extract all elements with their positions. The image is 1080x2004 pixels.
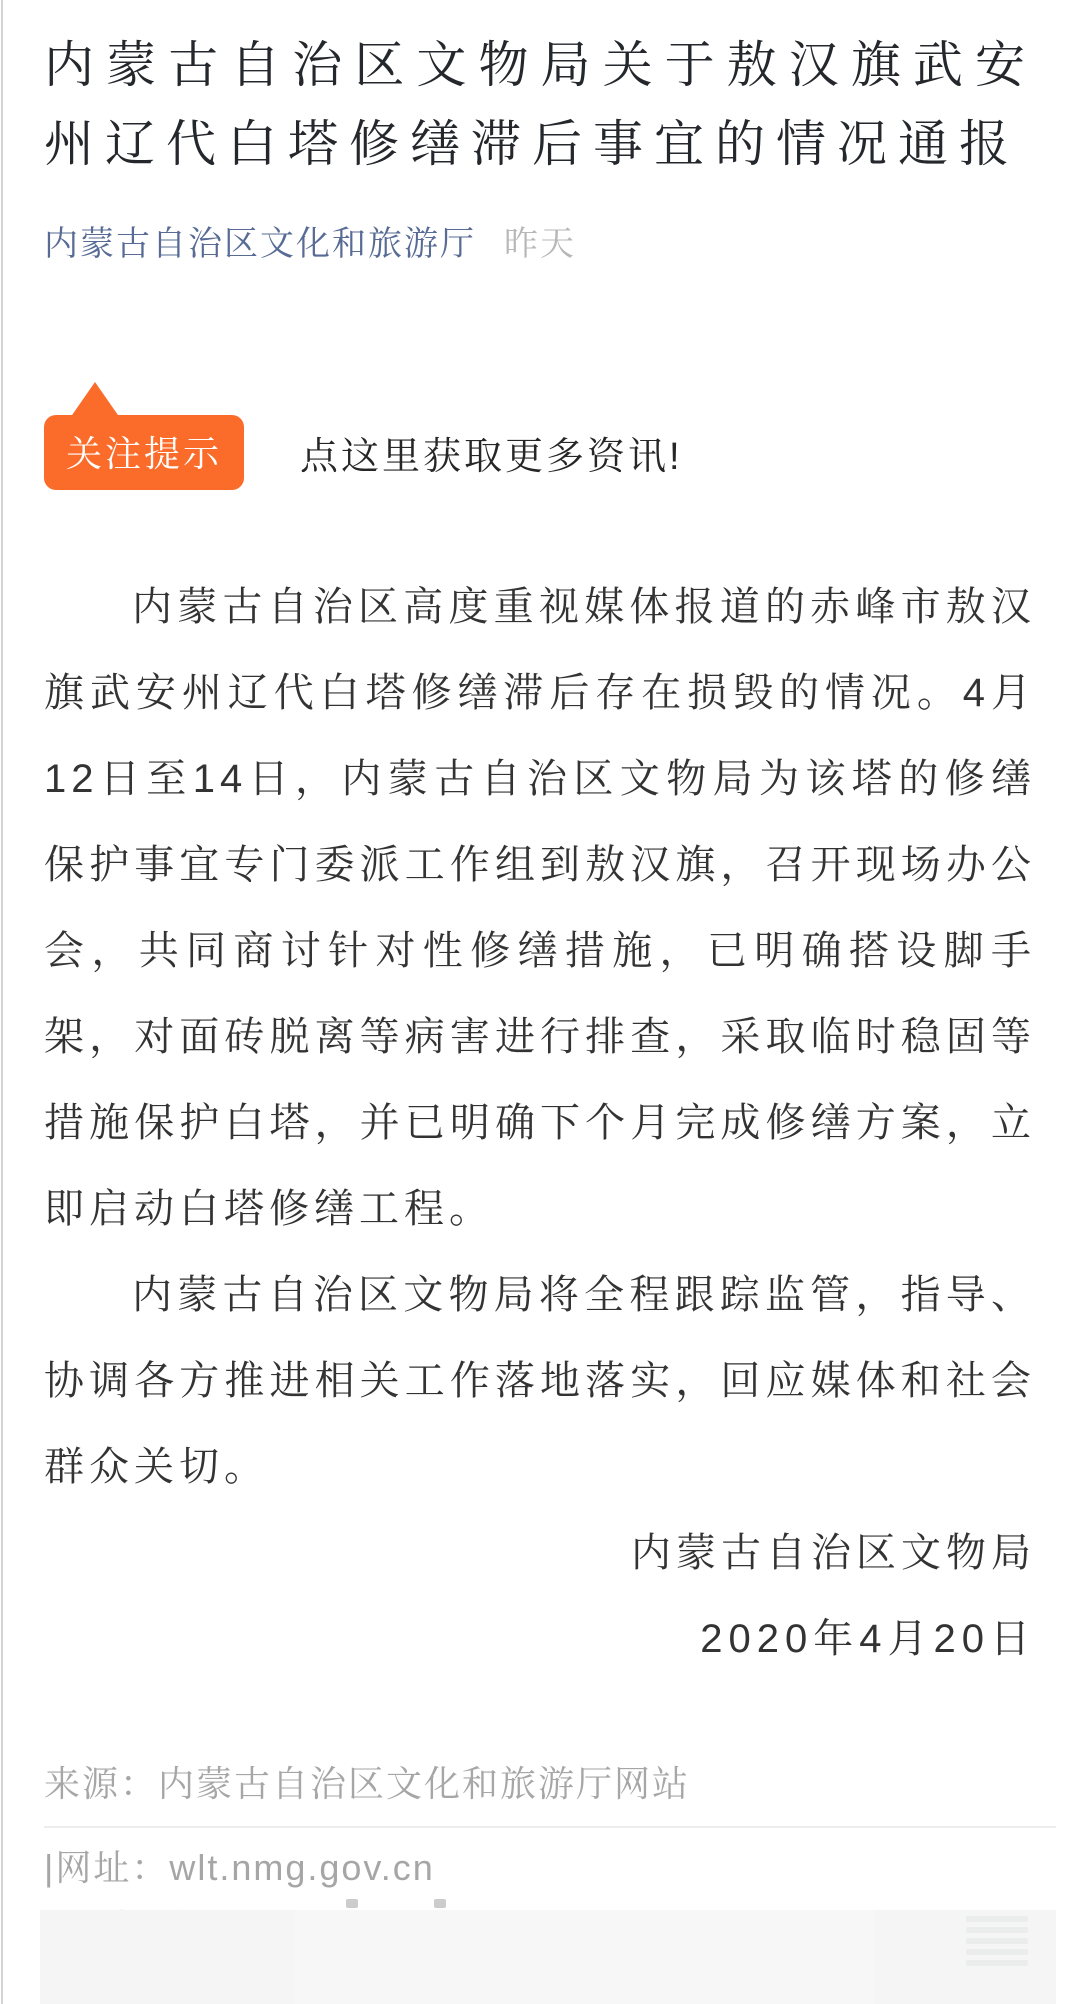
notice-badge-label: 关注提示 [66, 433, 222, 474]
notice-badge[interactable]: 关注提示 [44, 415, 244, 490]
signature-org: 内蒙古自治区文物局 [44, 1510, 1036, 1596]
article-title: 内蒙古自治区文物局关于敖汉旗武安州辽代白塔修缮滞后事宜的情况通报 [44, 26, 1036, 184]
source-line: 来源：内蒙古自治区文化和旅游厅网站 [44, 1758, 1036, 1810]
image-light-patch [295, 1910, 875, 2004]
bottom-partial-image [40, 1910, 1056, 2004]
notice-caption[interactable]: 点这里获取更多资讯! [300, 425, 683, 480]
partial-image-fragment [434, 1899, 446, 1908]
notice-row: 关注提示 点这里获取更多资讯! [44, 415, 1036, 490]
partial-image-fragment [346, 1899, 358, 1908]
byline: 内蒙古自治区文化和旅游厅 昨天 [44, 216, 1036, 265]
website-line: |网址：wlt.nmg.gov.cn [44, 1842, 1036, 1894]
badge-triangle-pointer-icon [70, 382, 120, 418]
body-paragraph: 内蒙古自治区文物局将全程跟踪监管，指导、协调各方推进相关工作落地落实，回应媒体和… [44, 1252, 1036, 1510]
account-name-link[interactable]: 内蒙古自治区文化和旅游厅 [44, 216, 476, 265]
signature-date: 2020年4月20日 [44, 1596, 1036, 1682]
publish-time: 昨天 [504, 216, 576, 265]
article-page: 内蒙古自治区文物局关于敖汉旗武安州辽代白塔修缮滞后事宜的情况通报 内蒙古自治区文… [0, 26, 1080, 1954]
image-faint-text-lines [966, 1916, 1028, 1971]
signature-block: 内蒙古自治区文物局 2020年4月20日 [44, 1510, 1036, 1682]
article-body: 内蒙古自治区高度重视媒体报道的赤峰市敖汉旗武安州辽代白塔修缮滞后存在损毁的情况。… [44, 564, 1036, 1682]
screenshot-edge-line [1, 0, 3, 2004]
body-paragraph: 内蒙古自治区高度重视媒体报道的赤峰市敖汉旗武安州辽代白塔修缮滞后存在损毁的情况。… [44, 564, 1036, 1252]
footer-divider [44, 1826, 1056, 1828]
